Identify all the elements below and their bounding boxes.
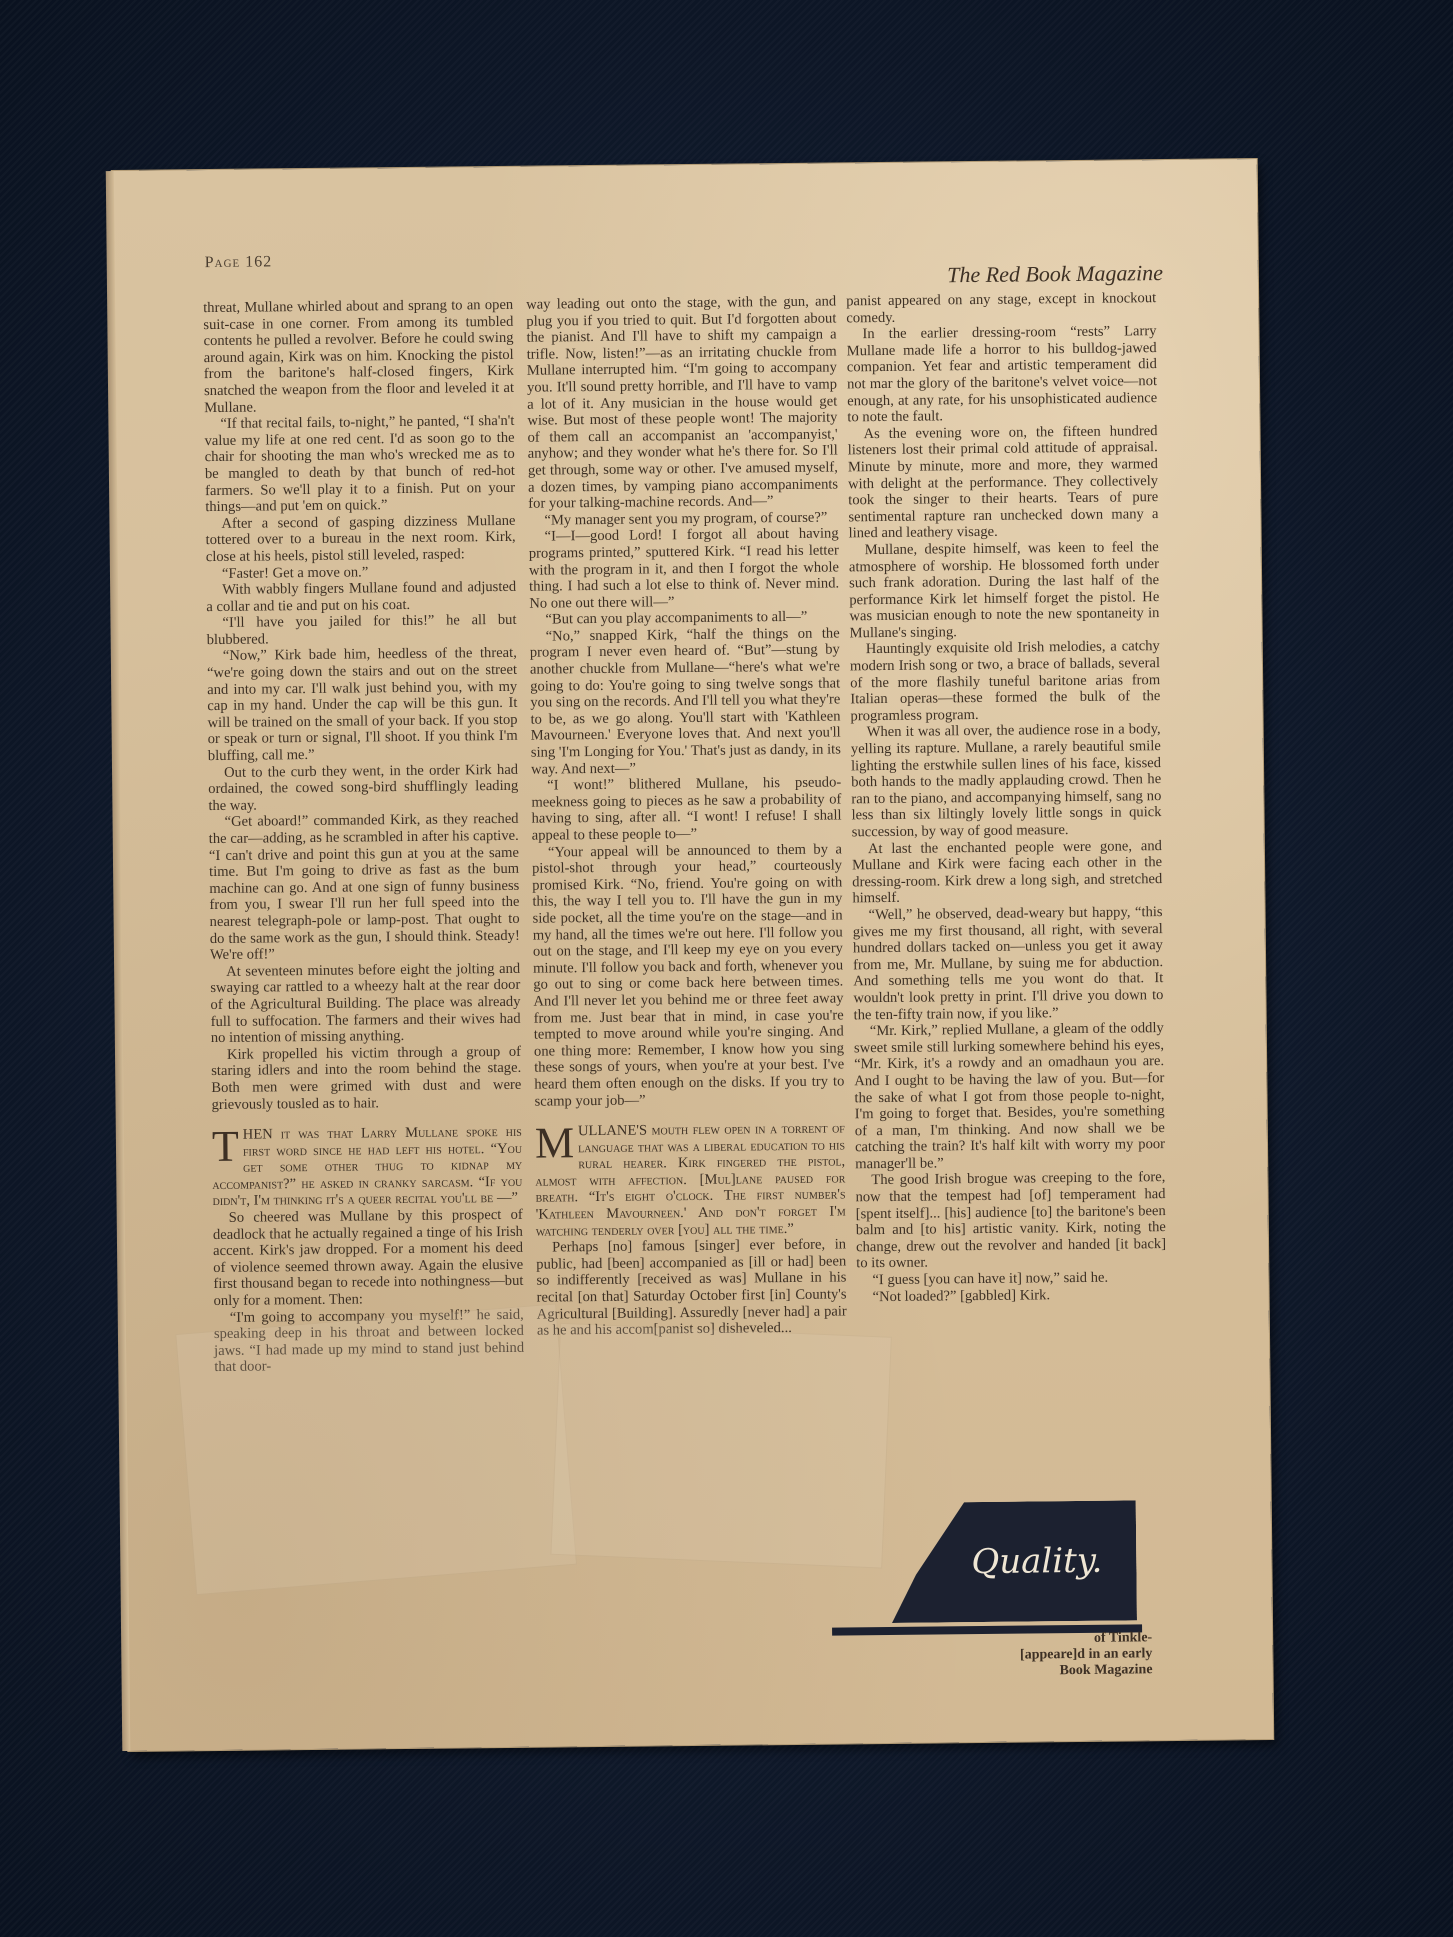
- paragraph: At seventeen minutes before eight the jo…: [210, 961, 521, 1047]
- paragraph: “I—I—good Lord! I forgot all about havin…: [529, 526, 840, 612]
- page-edge: [106, 171, 131, 1751]
- paragraph: “If that recital fails, to-night,” he pa…: [204, 413, 515, 516]
- paragraph-text: ULLANE'S mouth flew open in a torrent of…: [535, 1121, 845, 1240]
- paragraph: THEN it was that Larry Mullane spoke his…: [212, 1124, 523, 1210]
- paragraph: After a second of gasping dizziness Mull…: [205, 513, 516, 566]
- ad-headline: Quality.: [971, 1541, 1102, 1582]
- paragraph: So cheered was Mullane by this prospect …: [213, 1207, 524, 1310]
- tape-repair: [550, 1323, 891, 1569]
- paragraph: “I wont!” blithered Mullane, his pseudo-…: [531, 775, 842, 845]
- paragraph: panist appeared on any stage, except in …: [846, 290, 1156, 326]
- paragraph: At last the enchanted people were gone, …: [852, 838, 1163, 908]
- ad-caption: of Tinkle- [appeare]d in an early Book M…: [1012, 1630, 1152, 1679]
- text-column-3: panist appeared on any stage, except in …: [846, 290, 1167, 1305]
- text-column-2: way leading out onto the stage, with the…: [526, 293, 847, 1339]
- paragraph: In the earlier dressing-room “rests” Lar…: [846, 323, 1157, 426]
- paragraph: As the evening wore on, the fifteen hund…: [847, 423, 1158, 542]
- drop-cap: T: [212, 1129, 239, 1165]
- paragraph: “Your appeal will be announced to them b…: [532, 841, 845, 1110]
- paragraph: way leading out onto the stage, with the…: [526, 293, 838, 512]
- paragraph: “Not loaded?” [gabbled] Kirk.: [857, 1286, 1167, 1306]
- paragraph: Out to the curb they went, in the order …: [208, 761, 519, 814]
- text-column-1: threat, Mullane whirled about and sprang…: [203, 297, 524, 1376]
- magazine-page: Page 162 The Red Book Magazine threat, M…: [112, 159, 1273, 1751]
- paragraph: Mullane, despite himself, was keen to fe…: [849, 539, 1160, 642]
- paragraph: Kirk propelled his victim through a grou…: [211, 1044, 522, 1114]
- paragraph-text: HEN it was that Larry Mullane spoke his …: [212, 1124, 522, 1210]
- advertisement-fragment: Quality. of Tinkle- [appeare]d in an ear…: [861, 1500, 1153, 1663]
- ad-caption-line: [appeare]d in an early: [1012, 1646, 1152, 1663]
- paragraph: With wabbly fingers Mullane found and ad…: [206, 579, 516, 615]
- paragraph: “Now,” Kirk bade him, heedless of the th…: [207, 645, 518, 764]
- paragraph: MULLANE'S mouth flew open in a torrent o…: [535, 1121, 846, 1240]
- drop-cap: M: [535, 1125, 574, 1161]
- paragraph: “Mr. Kirk,” replied Mullane, a gleam of …: [854, 1020, 1166, 1173]
- paragraph: The good Irish brogue was creeping to th…: [855, 1170, 1166, 1273]
- ad-caption-line: of Tinkle-: [1012, 1630, 1152, 1647]
- paragraph: “Well,” he observed, dead-weary but happ…: [853, 904, 1164, 1023]
- tape-repair: [175, 1303, 577, 1595]
- paragraph: “I'll have you jailed for this!” he all …: [206, 612, 516, 648]
- ad-caption-line: Book Magazine: [1012, 1662, 1152, 1679]
- paragraph: Hauntingly exquisite old Irish melodies,…: [850, 639, 1161, 725]
- paragraph: “Get aboard!” commanded Kirk, as they re…: [209, 811, 521, 964]
- paragraph: threat, Mullane whirled about and sprang…: [203, 297, 514, 416]
- page-number: Page 162: [205, 253, 273, 272]
- magazine-title: The Red Book Magazine: [947, 260, 1163, 288]
- paragraph: When it was all over, the audience rose …: [851, 722, 1162, 841]
- paragraph: “No,” snapped Kirk, “half the things on …: [530, 625, 842, 778]
